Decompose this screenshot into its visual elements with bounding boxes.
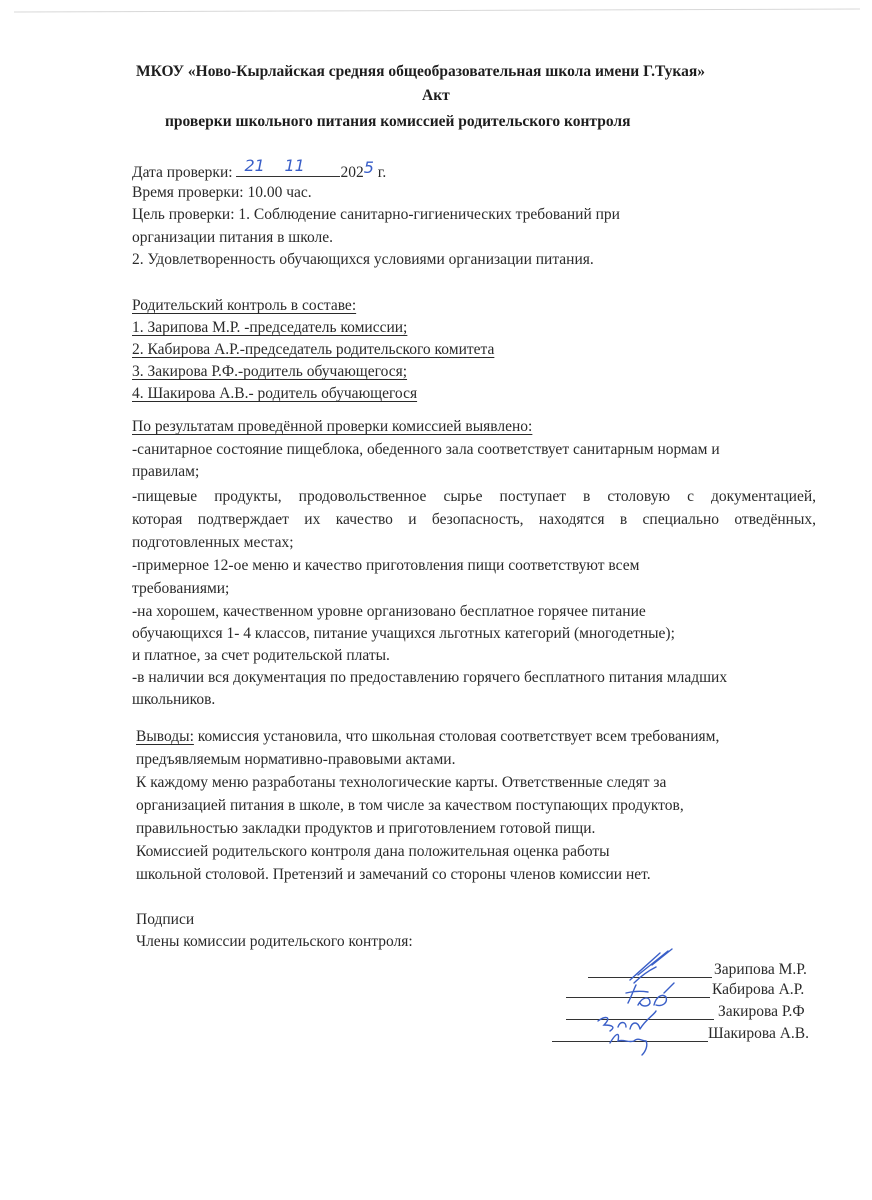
findings-line: и платное, за счет родительской платы. <box>132 646 390 666</box>
conclusions-line: школьной столовой. Претензий и замечаний… <box>136 865 651 885</box>
findings-line: -пищевые продукты, продовольственное сыр… <box>132 487 816 507</box>
goal-line-3: 2. Удовлетворенность обучающихся условия… <box>132 250 594 270</box>
handwritten-signatures-icon <box>590 945 710 1055</box>
goal-line-1: Цель проверки: 1. Соблюдение санитарно-г… <box>132 205 620 225</box>
findings-line: -санитарное состояние пищеблока, обеденн… <box>132 440 720 460</box>
findings-line: подготовленных местах; <box>132 533 294 553</box>
findings-line: -на хорошем, качественном уровне организ… <box>132 602 646 622</box>
findings-heading: По результатам проведённой проверки коми… <box>132 417 532 437</box>
conclusions-text: комиссия установила, что школьная столов… <box>198 728 720 745</box>
signatures-heading: Подписи <box>136 910 194 930</box>
inspection-date: Дата проверки: 21 11 2025 г. <box>132 160 386 183</box>
conclusions-line: правильностью закладки продуктов и приго… <box>136 819 595 839</box>
date-day-handwritten: 21 <box>244 156 264 176</box>
date-label: Дата проверки: <box>132 164 233 181</box>
conclusions-line: предъявляемым нормативно-правовыми актам… <box>136 750 455 770</box>
date-blank: 21 11 <box>236 160 340 177</box>
commission-member: 3. Закирова Р.Ф.-родитель обучающегося; <box>132 362 407 382</box>
findings-line: обучающихся 1- 4 классов, питание учащих… <box>132 624 675 644</box>
inspection-time: Время проверки: 10.00 час. <box>132 183 312 203</box>
findings-line: -в наличии вся документация по предостав… <box>132 668 727 688</box>
conclusions-line: организацией питания в школе, в том числ… <box>136 796 684 816</box>
date-suffix: г. <box>378 164 386 181</box>
findings-line: школьников. <box>132 690 215 710</box>
signatory-name: Кабирова А.Р. <box>712 980 804 1000</box>
commission-member: 2. Кабирова А.Р.-председатель родительск… <box>132 340 494 360</box>
commission-heading: Родительский контроль в составе: <box>132 296 356 316</box>
goal-line-2: организации питания в школе. <box>132 228 333 248</box>
scan-edge-line <box>14 9 860 13</box>
document-subtitle: проверки школьного питания комиссией род… <box>165 112 630 132</box>
date-month-handwritten: 11 <box>284 156 304 176</box>
findings-line: которая подтверждает их качество и безоп… <box>132 510 816 530</box>
date-year-handwritten: 5 <box>364 158 374 177</box>
signatory-name: Зарипова М.Р. <box>714 960 807 980</box>
conclusions-line: Комиссией родительского контроля дана по… <box>136 842 610 862</box>
signatory-name: Закирова Р.Ф <box>718 1002 805 1022</box>
conclusions-line: К каждому меню разработаны технологическ… <box>136 773 666 793</box>
commission-member: 4. Шакирова А.В.- родитель обучающегося <box>132 384 417 404</box>
commission-member: 1. Зарипова М.Р. -председатель комиссии; <box>132 318 407 338</box>
conclusions-line-1: Выводы: комиссия установила, что школьна… <box>136 727 719 747</box>
signatures-subheading: Члены комиссии родительского контроля: <box>136 932 413 952</box>
findings-line: правилам; <box>132 462 199 482</box>
date-year-printed: 202 <box>340 164 363 181</box>
findings-line: -примерное 12-ое меню и качество пригото… <box>132 556 639 576</box>
signatory-name: Шакирова А.В. <box>708 1024 809 1044</box>
conclusions-label: Выводы: <box>136 728 194 745</box>
findings-line: требованиями; <box>132 579 229 599</box>
school-name: МКОУ «Ново-Кырлайская средняя общеобразо… <box>136 62 705 82</box>
document-type: Акт <box>422 86 450 106</box>
